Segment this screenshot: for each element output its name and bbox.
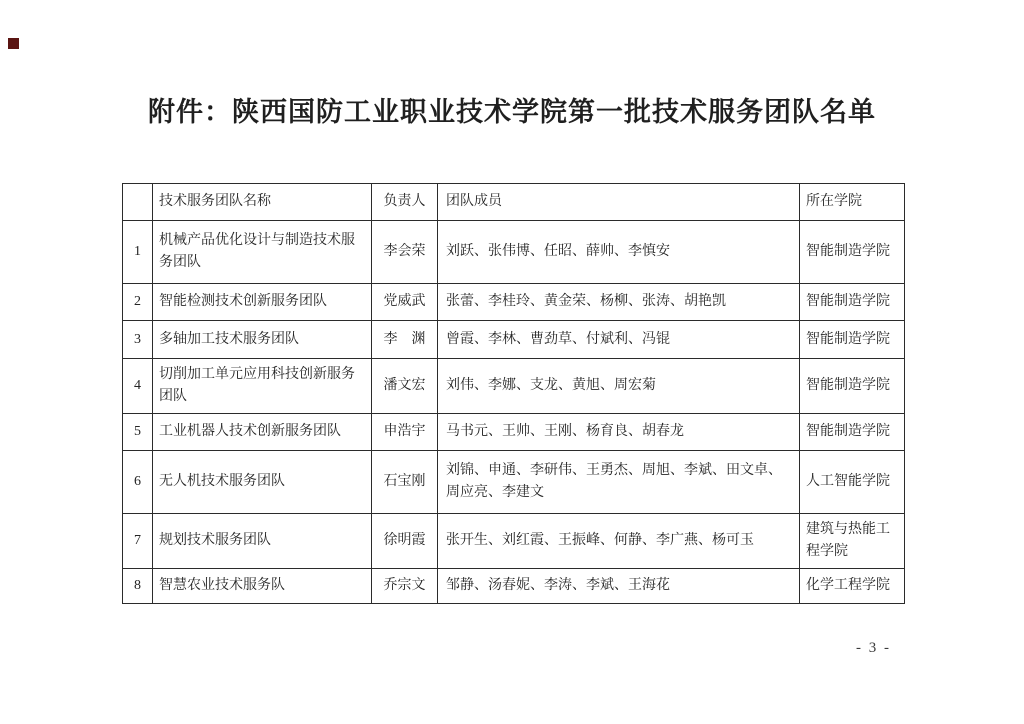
table-row: 1 机械产品优化设计与制造技术服务团队 李会荣 刘跃、张伟博、任昭、薛帅、李慎安… xyxy=(123,221,905,284)
cell-college: 智能制造学院 xyxy=(800,321,905,359)
header-cell-members: 团队成员 xyxy=(438,184,800,221)
cell-no: 4 xyxy=(123,359,153,414)
cell-leader: 潘文宏 xyxy=(372,359,438,414)
table-row: 6 无人机技术服务团队 石宝刚 刘锦、申通、李研伟、王勇杰、周旭、李斌、田文卓、… xyxy=(123,451,905,514)
cell-college: 化学工程学院 xyxy=(800,569,905,604)
cell-leader: 徐明霞 xyxy=(372,514,438,569)
cell-members: 刘跃、张伟博、任昭、薛帅、李慎安 xyxy=(438,221,800,284)
cell-leader: 乔宗文 xyxy=(372,569,438,604)
cell-college: 智能制造学院 xyxy=(800,359,905,414)
document-page: 附件：陕西国防工业职业技术学院第一批技术服务团队名单 技术服务团队名称 负责人 … xyxy=(0,0,1024,724)
header-cell-leader: 负责人 xyxy=(372,184,438,221)
team-table: 技术服务团队名称 负责人 团队成员 所在学院 1 机械产品优化设计与制造技术服务… xyxy=(122,183,905,604)
red-corner-mark xyxy=(8,38,19,49)
cell-team: 机械产品优化设计与制造技术服务团队 xyxy=(153,221,372,284)
cell-members: 邹静、汤春妮、李涛、李斌、王海花 xyxy=(438,569,800,604)
page-number: - 3 - xyxy=(856,640,891,657)
header-row: 技术服务团队名称 负责人 团队成员 所在学院 xyxy=(123,184,905,221)
cell-no: 5 xyxy=(123,414,153,451)
table-row: 3 多轴加工技术服务团队 李 渊 曾霞、李林、曹劲草、付斌利、冯锟 智能制造学院 xyxy=(123,321,905,359)
cell-college: 智能制造学院 xyxy=(800,221,905,284)
cell-no: 3 xyxy=(123,321,153,359)
cell-college: 建筑与热能工程学院 xyxy=(800,514,905,569)
cell-no: 6 xyxy=(123,451,153,514)
header-cell-no xyxy=(123,184,153,221)
cell-no: 1 xyxy=(123,221,153,284)
cell-members: 刘伟、李娜、支龙、黄旭、周宏菊 xyxy=(438,359,800,414)
cell-college: 人工智能学院 xyxy=(800,451,905,514)
table-row: 2 智能检测技术创新服务团队 党威武 张蕾、李桂玲、黄金荣、杨柳、张涛、胡艳凯 … xyxy=(123,284,905,321)
cell-team: 智慧农业技术服务队 xyxy=(153,569,372,604)
cell-no: 2 xyxy=(123,284,153,321)
cell-members: 张开生、刘红霞、王振峰、何静、李广燕、杨可玉 xyxy=(438,514,800,569)
cell-members: 张蕾、李桂玲、黄金荣、杨柳、张涛、胡艳凯 xyxy=(438,284,800,321)
cell-members: 刘锦、申通、李研伟、王勇杰、周旭、李斌、田文卓、周应亮、李建文 xyxy=(438,451,800,514)
cell-team: 工业机器人技术创新服务团队 xyxy=(153,414,372,451)
cell-members: 马书元、王帅、王刚、杨育良、胡春龙 xyxy=(438,414,800,451)
table-row: 4 切削加工单元应用科技创新服务团队 潘文宏 刘伟、李娜、支龙、黄旭、周宏菊 智… xyxy=(123,359,905,414)
cell-college: 智能制造学院 xyxy=(800,284,905,321)
cell-team: 无人机技术服务团队 xyxy=(153,451,372,514)
cell-leader: 李会荣 xyxy=(372,221,438,284)
cell-team: 规划技术服务团队 xyxy=(153,514,372,569)
table-row: 8 智慧农业技术服务队 乔宗文 邹静、汤春妮、李涛、李斌、王海花 化学工程学院 xyxy=(123,569,905,604)
header-cell-team: 技术服务团队名称 xyxy=(153,184,372,221)
cell-no: 8 xyxy=(123,569,153,604)
cell-team: 多轴加工技术服务团队 xyxy=(153,321,372,359)
page-title: 附件：陕西国防工业职业技术学院第一批技术服务团队名单 xyxy=(0,90,1024,129)
cell-leader: 申浩宇 xyxy=(372,414,438,451)
cell-leader: 石宝刚 xyxy=(372,451,438,514)
cell-college: 智能制造学院 xyxy=(800,414,905,451)
header-cell-college: 所在学院 xyxy=(800,184,905,221)
cell-team: 切削加工单元应用科技创新服务团队 xyxy=(153,359,372,414)
cell-no: 7 xyxy=(123,514,153,569)
table-row: 5 工业机器人技术创新服务团队 申浩宇 马书元、王帅、王刚、杨育良、胡春龙 智能… xyxy=(123,414,905,451)
cell-members: 曾霞、李林、曹劲草、付斌利、冯锟 xyxy=(438,321,800,359)
cell-leader: 党威武 xyxy=(372,284,438,321)
table-row: 7 规划技术服务团队 徐明霞 张开生、刘红霞、王振峰、何静、李广燕、杨可玉 建筑… xyxy=(123,514,905,569)
cell-leader: 李 渊 xyxy=(372,321,438,359)
cell-team: 智能检测技术创新服务团队 xyxy=(153,284,372,321)
